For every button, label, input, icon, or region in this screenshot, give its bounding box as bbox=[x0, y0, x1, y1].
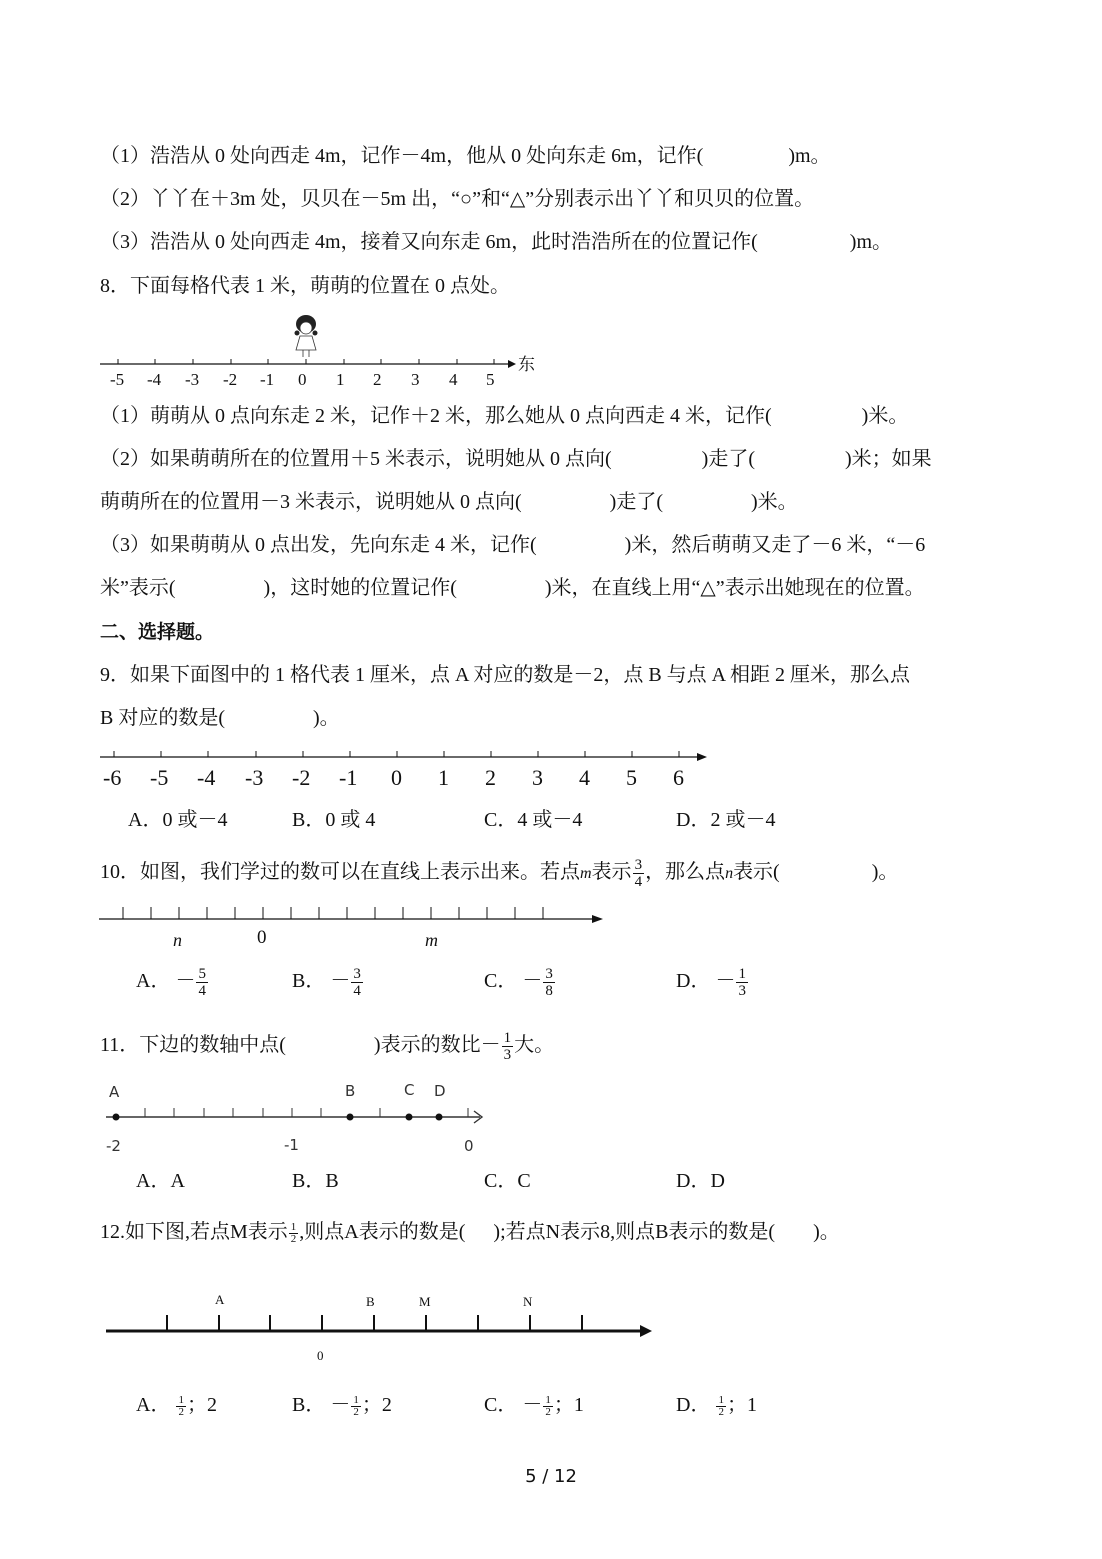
option-fraction: 12 bbox=[716, 1395, 726, 1418]
option-fraction: 12 bbox=[351, 1395, 361, 1418]
q12-option-d[interactable]: D． 12；1 bbox=[676, 1392, 757, 1418]
option-fraction: 12 bbox=[176, 1395, 186, 1418]
q12-number-line bbox=[0, 0, 1102, 1559]
q12-point-n: N bbox=[523, 1289, 532, 1315]
option-label: B． bbox=[292, 1394, 325, 1416]
q12-point-a: A bbox=[215, 1287, 224, 1313]
q12-point-m: M bbox=[419, 1289, 431, 1315]
option-label: A． bbox=[136, 1394, 170, 1416]
page-number: 5 / 12 bbox=[0, 1466, 1102, 1487]
q12-axis-zero: 0 bbox=[317, 1343, 324, 1369]
option-rest: ；2 bbox=[362, 1394, 392, 1416]
q12-point-b: B bbox=[366, 1289, 375, 1315]
option-rest: ；2 bbox=[187, 1394, 217, 1416]
q12-option-a[interactable]: A． 12；2 bbox=[136, 1392, 217, 1418]
option-label: D． bbox=[676, 1394, 710, 1416]
option-sign: － bbox=[522, 1394, 542, 1416]
q12-option-c[interactable]: C． －12；1 bbox=[484, 1392, 584, 1418]
q12-option-b[interactable]: B． －12；2 bbox=[292, 1392, 392, 1418]
option-label: C． bbox=[484, 1394, 517, 1416]
option-fraction: 12 bbox=[543, 1395, 553, 1418]
option-rest: ；1 bbox=[554, 1394, 584, 1416]
option-sign: － bbox=[330, 1394, 350, 1416]
option-rest: ；1 bbox=[727, 1394, 757, 1416]
